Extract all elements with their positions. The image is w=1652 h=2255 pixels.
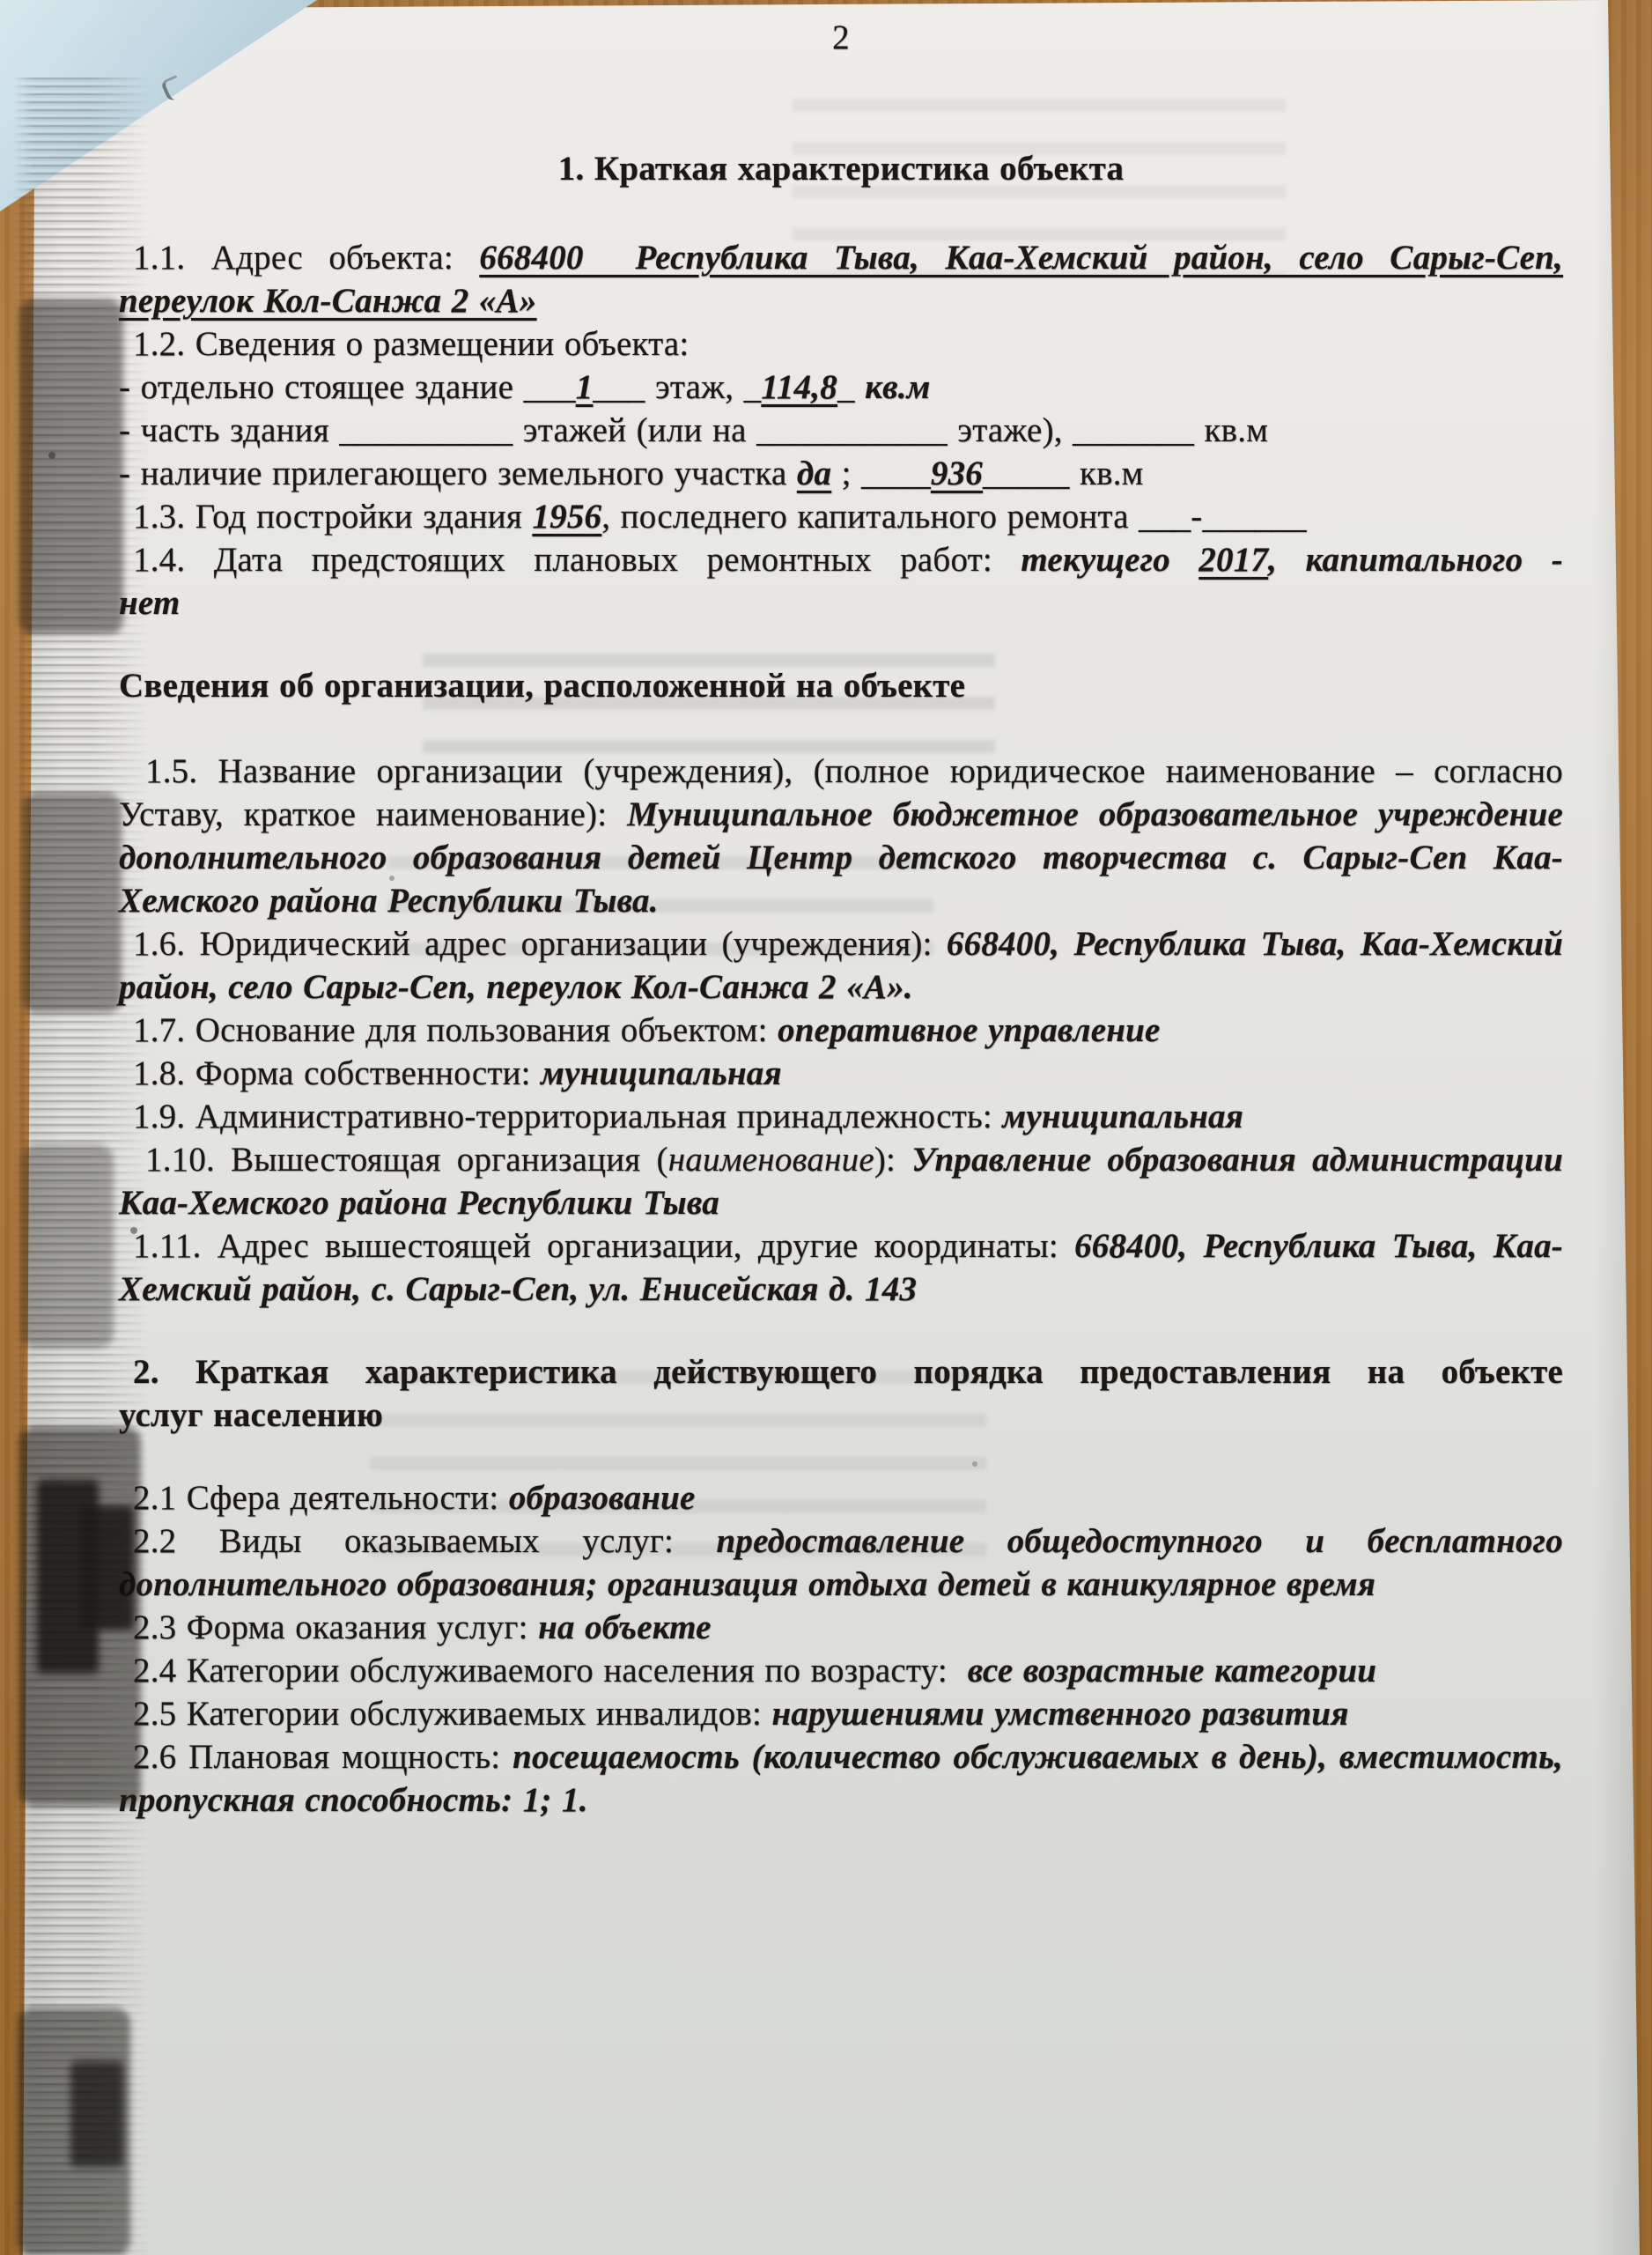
text-segment: 1 xyxy=(576,368,594,406)
section-2-heading-line-1: 2. Краткая характеристика действующего п… xyxy=(119,1350,1563,1394)
text-segment: 2.4 Категории обслуживаемого населения п… xyxy=(133,1652,968,1689)
text-segment: ___ xyxy=(524,368,576,406)
page-number: 2 xyxy=(119,16,1563,59)
text-segment: 1956 xyxy=(532,498,601,536)
item-1-4-line-2: нет xyxy=(119,581,1563,625)
item-1-10: 1.10. Вышестоящая организация (наименова… xyxy=(119,1138,1563,1224)
text-segment: ___________ xyxy=(756,411,948,449)
text-segment: ____ xyxy=(861,455,931,492)
text-segment: 1.1. Адрес объекта: xyxy=(133,239,479,277)
dust-specks xyxy=(0,0,4,4)
text-segment: текущего xyxy=(1021,541,1198,579)
text-segment: образование xyxy=(509,1479,696,1517)
text-segment: услуг населению xyxy=(119,1396,383,1434)
item-1-1-line-2: переулок Кол-Санжа 2 «А» xyxy=(119,279,1563,322)
text-segment: 1.2. Сведения о размещении объекта: xyxy=(133,325,689,363)
item-1-2-part-of-building: - часть здания __________ этажей (или на… xyxy=(119,409,1563,452)
text-segment: _____ xyxy=(983,455,1070,492)
text-segment: кв.м xyxy=(865,368,930,406)
item-1-5: 1.5. Название организации (учреждения), … xyxy=(119,750,1563,922)
text-segment: оперативное управление xyxy=(778,1011,1160,1049)
text-segment: нарушениями умственного развития xyxy=(772,1695,1349,1733)
item-1-8: 1.8. Форма собственности: муниципальная xyxy=(119,1052,1563,1095)
text-segment: - наличие прилегающего земельного участк… xyxy=(119,455,797,492)
text-segment: этаж, xyxy=(645,368,744,406)
item-2-2: 2.2 Виды оказываемых услуг: предоставлен… xyxy=(119,1519,1563,1606)
text-segment: 2017 xyxy=(1198,541,1268,579)
section-1-heading: 1. Краткая характеристика объекта xyxy=(119,147,1563,190)
document-text: 2 1. Краткая характеристика объекта 1.1.… xyxy=(119,16,1563,1822)
text-segment: 2.1 Сфера деятельности: xyxy=(133,1479,509,1517)
text-segment xyxy=(855,368,865,406)
text-segment: Сведения об организации, расположенной н… xyxy=(119,667,965,705)
text-segment: 668400 Республика Тыва, Каа-Хемский райо… xyxy=(479,239,1563,277)
text-segment: 2 xyxy=(832,18,850,56)
text-segment: все возрастные категории xyxy=(968,1652,1376,1689)
text-segment: нет xyxy=(119,584,180,622)
item-1-2: 1.2. Сведения о размещении объекта: xyxy=(119,322,1563,366)
text-segment: 1.4. Дата предстоящих плановых ремонтных… xyxy=(133,541,1021,579)
text-segment: 1.6. Юридический адрес организации (учре… xyxy=(133,925,947,963)
text-segment: 1.11. Адрес вышестоящей организации, дру… xyxy=(133,1227,1074,1265)
item-1-4-line-1: 1.4. Дата предстоящих плановых ремонтных… xyxy=(119,538,1563,581)
text-segment: 1.8. Форма собственности: xyxy=(133,1054,541,1092)
text-segment: 936 xyxy=(931,455,983,492)
text-segment: 114,8 xyxy=(761,368,837,406)
text-segment: 2.5 Категории обслуживаемых инвалидов: xyxy=(133,1695,772,1733)
text-segment: 2.6 Плановая мощность: xyxy=(133,1738,513,1776)
text-segment: 1.9. Административно-территориальная при… xyxy=(133,1098,1002,1135)
text-segment: _______ xyxy=(1073,411,1194,449)
text-segment: кв.м xyxy=(1070,455,1144,492)
text-segment: наименование xyxy=(668,1141,874,1179)
item-1-9: 1.9. Административно-территориальная при… xyxy=(119,1095,1563,1138)
scanned-document-photo: { "meta": { "description": "Scanned page… xyxy=(0,0,1652,2255)
text-segment: 2. Краткая характеристика действующего п… xyxy=(133,1353,1563,1391)
text-segment: 1. Краткая характеристика объекта xyxy=(558,150,1124,188)
text-segment: ___-______ xyxy=(1139,498,1307,536)
item-2-1: 2.1 Сфера деятельности: образование xyxy=(119,1476,1563,1519)
text-segment: _ xyxy=(744,368,762,406)
item-1-7: 1.7. Основание для пользования объектом:… xyxy=(119,1009,1563,1052)
text-segment: _ xyxy=(837,368,855,406)
item-2-4: 2.4 Категории обслуживаемого населения п… xyxy=(119,1649,1563,1692)
text-segment: этажей (или на xyxy=(513,411,756,449)
text-segment: этаже), xyxy=(948,411,1073,449)
text-segment: на объекте xyxy=(538,1608,712,1646)
item-1-3: 1.3. Год постройки здания 1956, последне… xyxy=(119,495,1563,538)
text-segment: 1.7. Основание для пользования объектом: xyxy=(133,1011,778,1049)
text-segment: __________ xyxy=(339,411,513,449)
text-segment: 1.3. Год постройки здания xyxy=(133,498,532,536)
text-segment: - часть здания xyxy=(119,411,339,449)
section-2-heading-line-2: услуг населению xyxy=(119,1394,1563,1437)
text-segment: муниципальная xyxy=(1002,1098,1243,1135)
text-segment: 2.2 Виды оказываемых услуг: xyxy=(133,1522,717,1560)
text-segment: ): xyxy=(874,1141,911,1179)
organization-section-heading: Сведения об организации, расположенной н… xyxy=(119,664,1563,707)
text-segment: да xyxy=(797,455,831,492)
text-segment: муниципальная xyxy=(541,1054,782,1092)
item-1-11: 1.11. Адрес вышестоящей организации, дру… xyxy=(119,1224,1563,1311)
item-1-2-detached-building: - отдельно стоящее здание ___1___ этаж, … xyxy=(119,366,1563,409)
text-segment: , последнего капитального ремонта xyxy=(601,498,1139,536)
document-page-sheet: 2 1. Краткая характеристика объекта 1.1.… xyxy=(0,0,1652,2255)
item-2-6: 2.6 Плановая мощность: посещаемость (кол… xyxy=(119,1735,1563,1822)
text-segment: ___ xyxy=(593,368,645,406)
text-segment: 2.3 Форма оказания услуг: xyxy=(133,1608,538,1646)
item-1-2-adjacent-land: - наличие прилегающего земельного участк… xyxy=(119,452,1563,495)
text-segment: ; xyxy=(831,455,861,492)
item-2-3: 2.3 Форма оказания услуг: на объекте xyxy=(119,1606,1563,1649)
text-segment: переулок Кол-Санжа 2 «А» xyxy=(119,282,536,320)
text-segment: кв.м xyxy=(1194,411,1268,449)
text-segment: - отдельно стоящее здание xyxy=(119,368,524,406)
text-segment: 1.10. Вышестоящая организация ( xyxy=(145,1141,668,1179)
text-segment: , капитального - xyxy=(1268,541,1563,579)
item-1-6: 1.6. Юридический адрес организации (учре… xyxy=(119,922,1563,1009)
item-1-1-line-1: 1.1. Адрес объекта: 668400 Республика Ты… xyxy=(119,236,1563,279)
item-2-5: 2.5 Категории обслуживаемых инвалидов: н… xyxy=(119,1692,1563,1735)
